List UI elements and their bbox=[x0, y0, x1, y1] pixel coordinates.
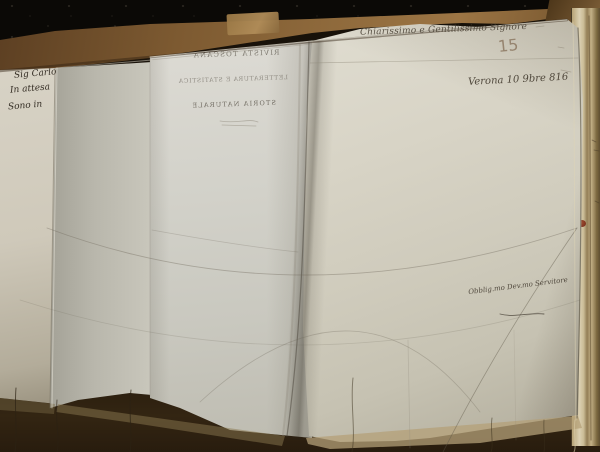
tan-paper-patch bbox=[226, 12, 279, 36]
archival-manuscript-photo: Sig Carlo In attesa Sono in RIVISTA TOSC… bbox=[0, 0, 600, 452]
blank-verso-leaf-left bbox=[48, 60, 152, 412]
left-page-fragment: Sono in bbox=[8, 100, 43, 113]
pencil-page-number: 15 bbox=[497, 35, 519, 56]
left-inked-page: Sig Carlo In attesa Sono in bbox=[0, 60, 57, 416]
left-page-fragment: In attesa bbox=[10, 82, 51, 95]
